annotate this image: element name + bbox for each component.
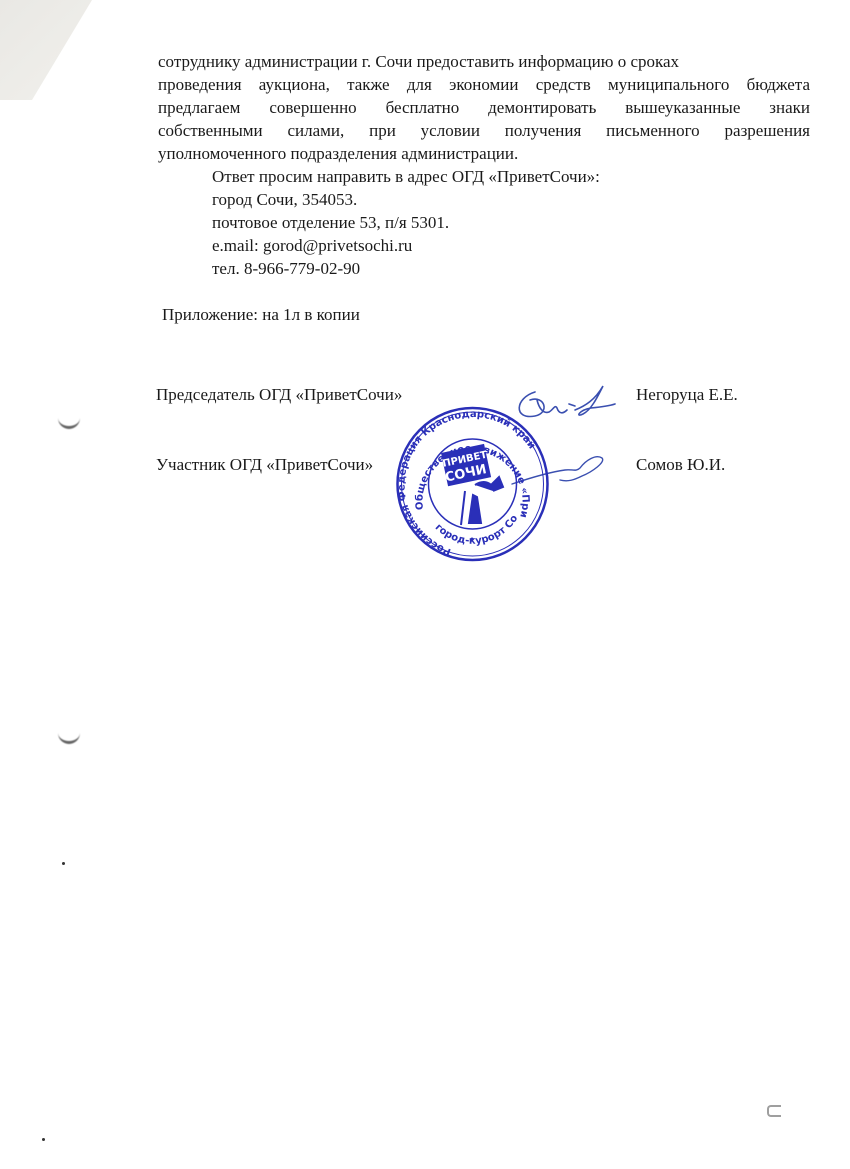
body-line: собственными силами, при условии получен… — [158, 119, 810, 142]
body-line: проведения аукциона, также для экономии … — [158, 73, 810, 96]
signatory-role: Председатель ОГД «ПриветСочи» — [156, 383, 402, 406]
body-line: предлагаем совершенно бесплатно демонтир… — [158, 96, 810, 119]
signatory-name: Сомов Ю.И. — [636, 453, 725, 476]
signatory-name: Негоруца Е.Е. — [636, 383, 738, 406]
body-line: сотруднику администрации г. Сочи предост… — [158, 50, 679, 73]
organization-stamp: Российская Федерация Краснодарский край … — [395, 405, 550, 563]
attachment-note: Приложение: на 1л в копии — [162, 303, 360, 326]
address-email: e.mail: gorod@privetsochi.ru — [212, 234, 412, 257]
scan-speck — [42, 1138, 45, 1141]
scan-speck — [62, 862, 65, 865]
body-line: уполномоченного подразделения администра… — [158, 142, 518, 165]
punch-hole-mark — [58, 730, 80, 744]
address-post-office: почтовое отделение 53, п/я 5301. — [212, 211, 449, 234]
reply-request: Ответ просим направить в адрес ОГД «Прив… — [212, 165, 600, 188]
page-fold-shadow — [0, 0, 100, 100]
address-city: город Сочи, 354053. — [212, 188, 357, 211]
signatory-role: Участник ОГД «ПриветСочи» — [156, 453, 373, 476]
punch-hole-mark — [58, 415, 80, 429]
staple-mark — [767, 1105, 781, 1117]
address-phone: тел. 8-966-779-02-90 — [212, 257, 360, 280]
